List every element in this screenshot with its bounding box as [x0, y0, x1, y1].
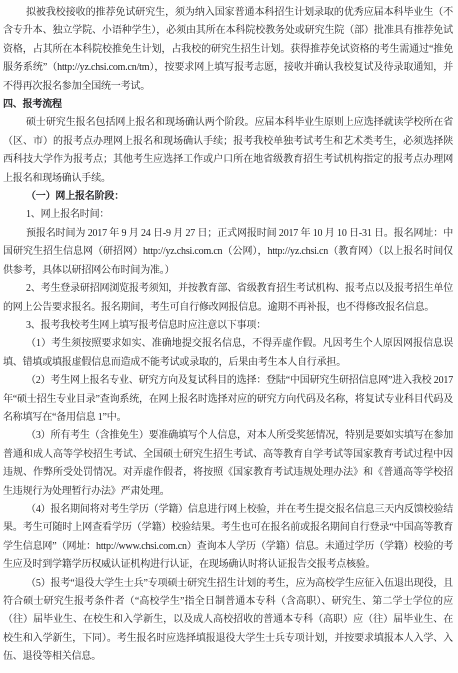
paragraph-item2-login-instructions: 2、考生登录研招网浏览报考须知，并按教育部、省级教育招生考试机构、报考点以及报考… — [3, 280, 453, 317]
subsection-heading-online-registration: （一）网上报名阶段： — [3, 188, 453, 206]
paragraph-note2-major-selection: （2）考生网上报名专业、研究方向及复试科目的选择：登陆“中国研究生研招信息网”进… — [3, 372, 453, 427]
paragraph-note5-veteran-plan: （5）报考“退役大学生士兵”专项硕士研究生招生计划的考生，应为高校学生应征入伍退… — [3, 575, 453, 667]
paragraph-note3-personal-info: （3）所有考生（含推免生）要准确填写个人信息，对本人所受奖惩情况，特别是要如实填… — [3, 427, 453, 501]
paragraph-item3-notes-intro: 3、报考我校考生网上填写报考信息时应注意以下事项： — [3, 317, 453, 335]
paragraph-item1-registration-time: 1、网上报名时间： — [3, 206, 453, 224]
section-heading-application-process: 四、报考流程 — [3, 96, 453, 114]
paragraph-registration-time-details: 预报名时间为 2017 年 9 月 24 日-9 月 27 日；正式网报时间 2… — [3, 225, 453, 280]
paragraph-recommended-exemption: 拟被我校接收的推荐免试研究生，须为纳入国家普通本科招生计划录取的优秀应届本科毕业… — [3, 4, 453, 96]
document-page: 拟被我校接收的推荐免试研究生，须为纳入国家普通本科招生计划录取的优秀应届本科毕业… — [0, 0, 458, 673]
paragraph-note1-accurate-info: （1）考生须按照要求如实、准确地提交报名信息，不得弄虚作假。凡因考生个人原因网报… — [3, 335, 453, 372]
paragraph-note4-credential-verification: （4）报名期间将对考生学历（学籍）信息进行网上校验，并在考生提交报名信息三天内反… — [3, 501, 453, 575]
paragraph-registration-overview: 硕士研究生报名包括网上报名和现场确认两个阶段。应届本科毕业生原则上应选择就读学校… — [3, 114, 453, 188]
